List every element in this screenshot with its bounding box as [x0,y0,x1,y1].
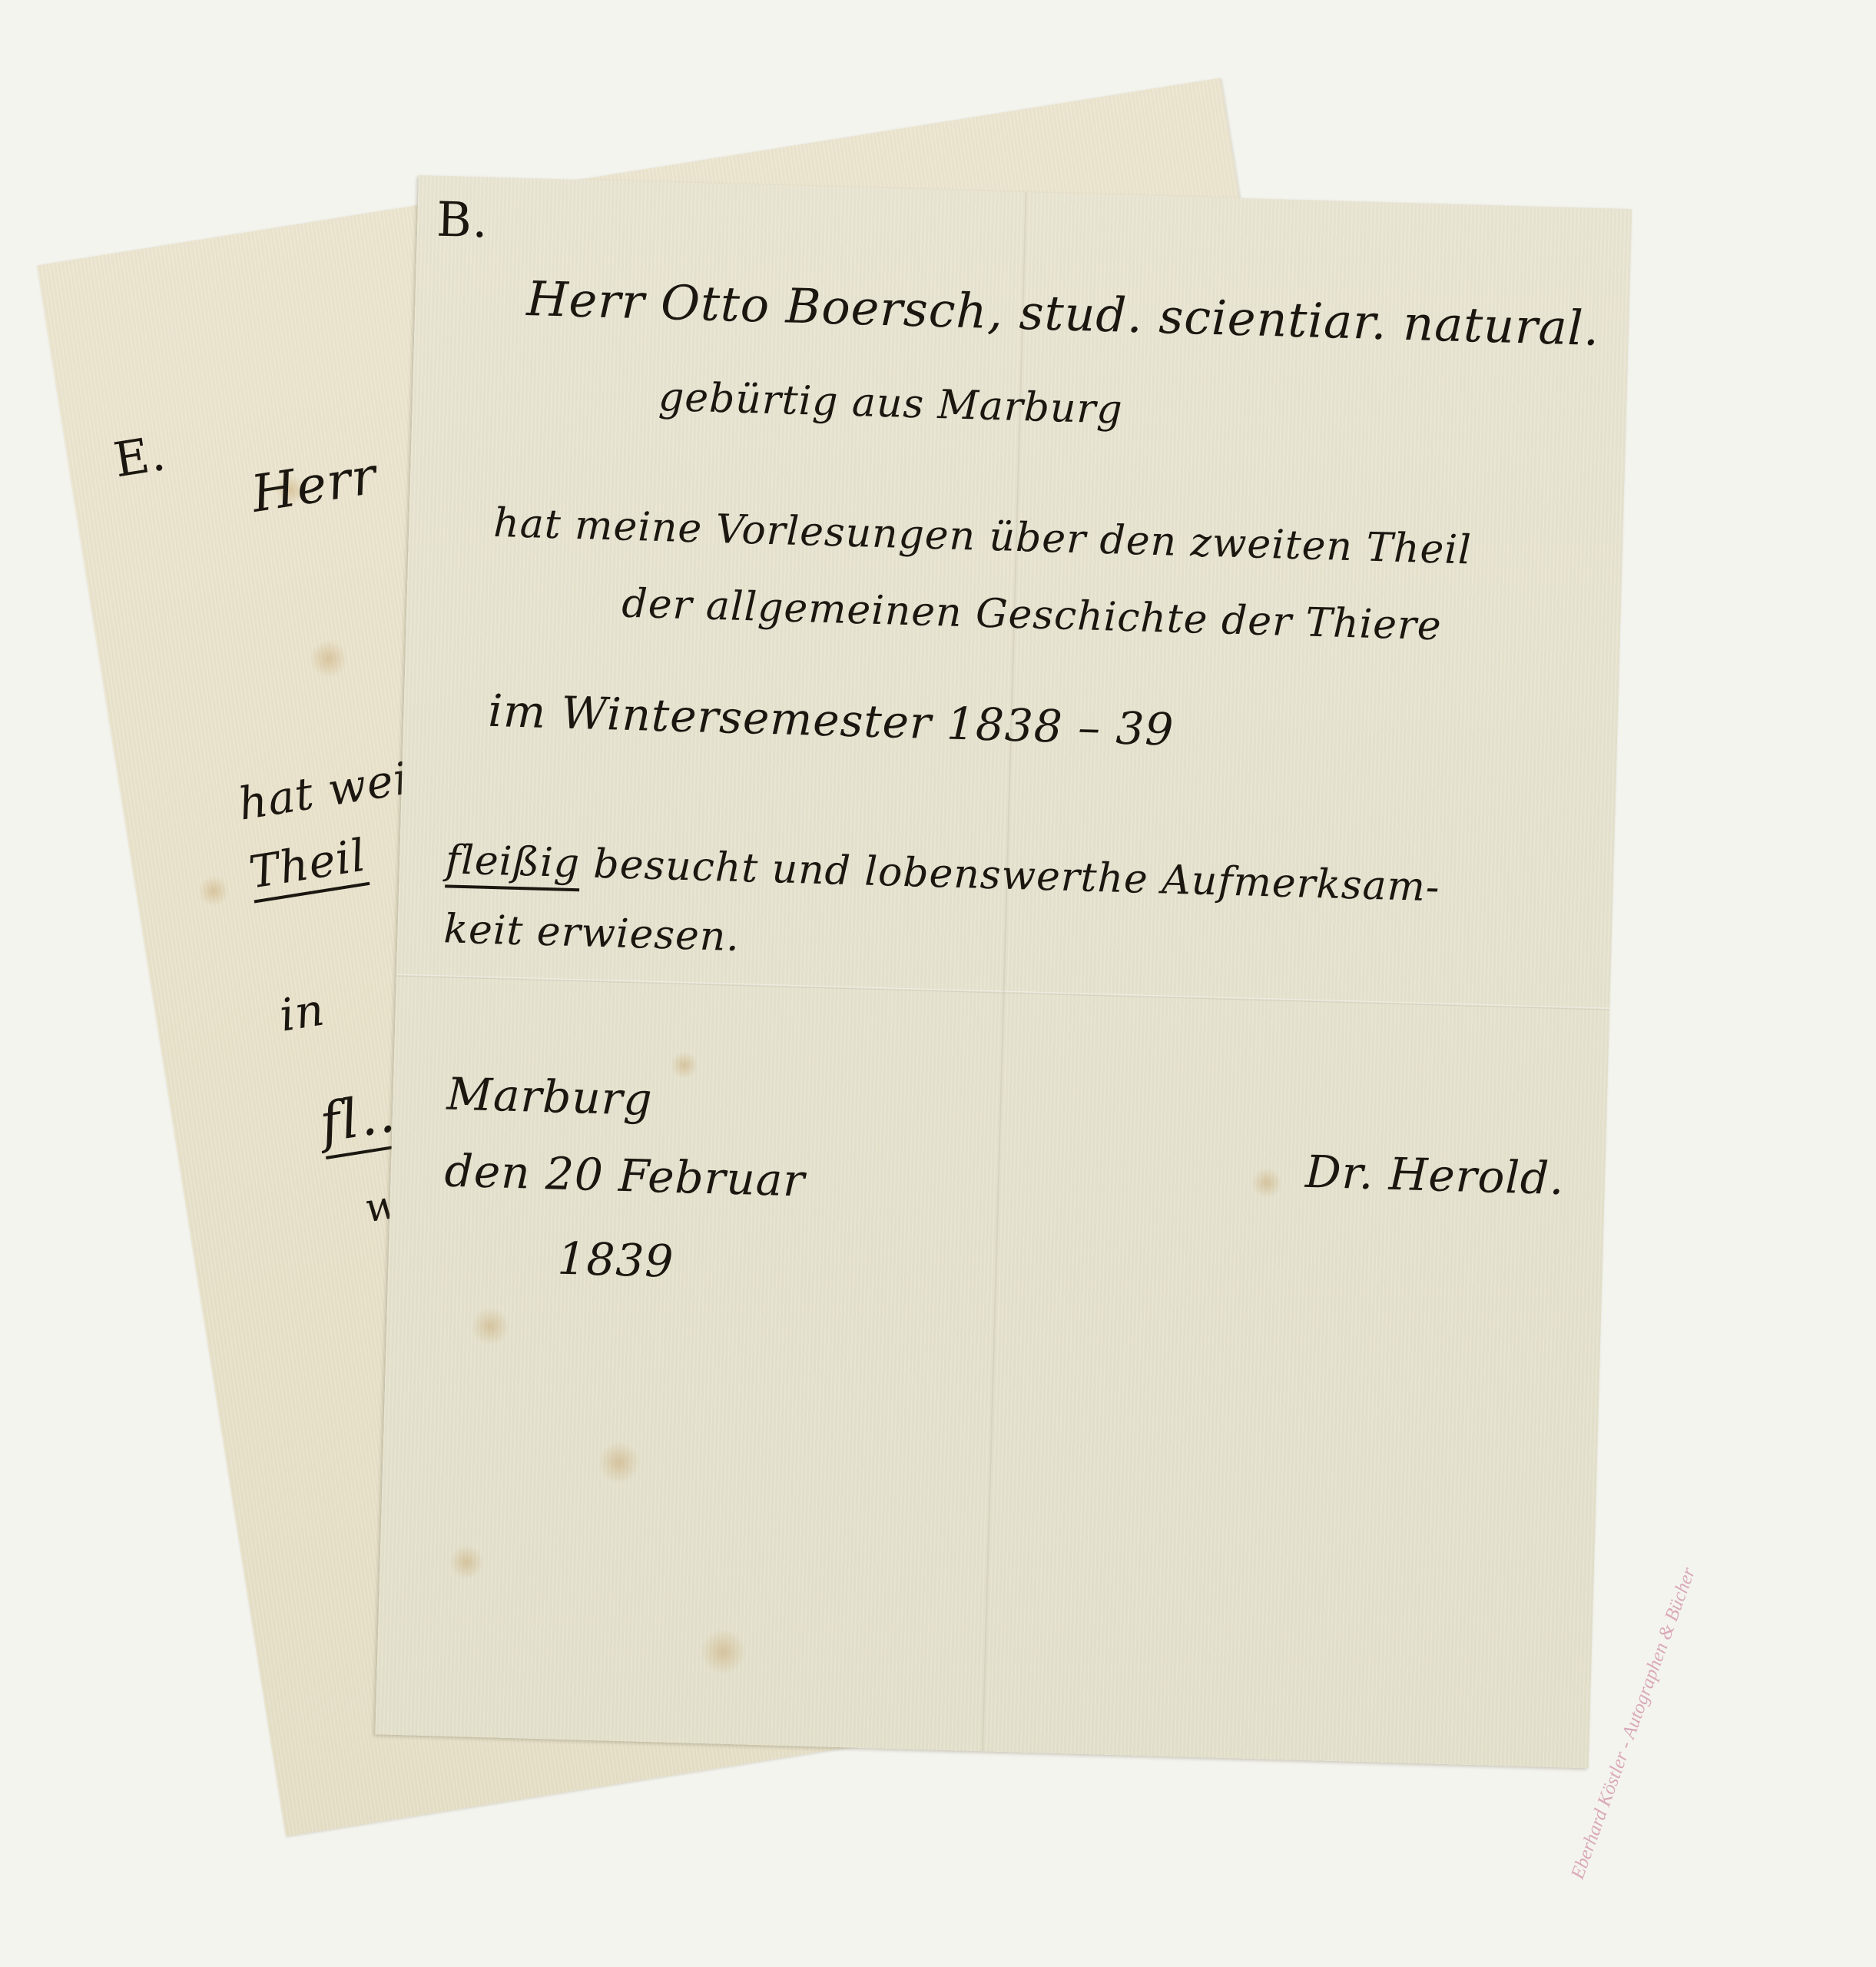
signature: Dr. Herold. [1304,1146,1565,1205]
letter-line-subject: der allgemeinen Geschichte der Thiere [621,581,1443,650]
document-scene: E. Herr 4 hat wei… Theil in fl… wie natu… [0,0,1876,1967]
foxing-stain [196,874,231,909]
foxing-stain [1251,1167,1282,1199]
foxing-stain [700,1628,747,1676]
letter-line-lectures: hat meine Vorlesungen über den zweiten T… [493,500,1473,574]
foxing-stain [598,1441,641,1484]
foxing-stain [670,1051,698,1080]
letter-line-origin: gebürtig aus Marburg [658,374,1123,433]
back-fragment-theil: Theil [246,829,370,904]
back-fragment-in: in [276,983,328,1041]
back-fragment-herr: Herr [247,446,381,524]
front-sheet: B. Herr Otto Boersch, stud. scientiar. n… [375,175,1632,1768]
sheet-label-e: E. [110,425,170,489]
date-line: den 20 Februar [444,1144,806,1206]
foxing-stain [471,1306,510,1345]
sheet-label-b: B. [436,191,489,249]
foxing-stain [449,1544,484,1580]
letter-line-semester: im Wintersemester 1838 – 39 [488,685,1175,756]
letter-line-closing: keit erwiesen. [443,906,741,960]
place: Marburg [446,1068,654,1126]
foxing-stain [307,637,350,681]
letter-line-attendance-full: fleißig besucht und lobenswerthe Aufmerk… [445,837,1440,911]
letter-line-recipient: Herr Otto Boersch, stud. scientiar. natu… [526,270,1601,357]
year: 1839 [557,1232,674,1288]
